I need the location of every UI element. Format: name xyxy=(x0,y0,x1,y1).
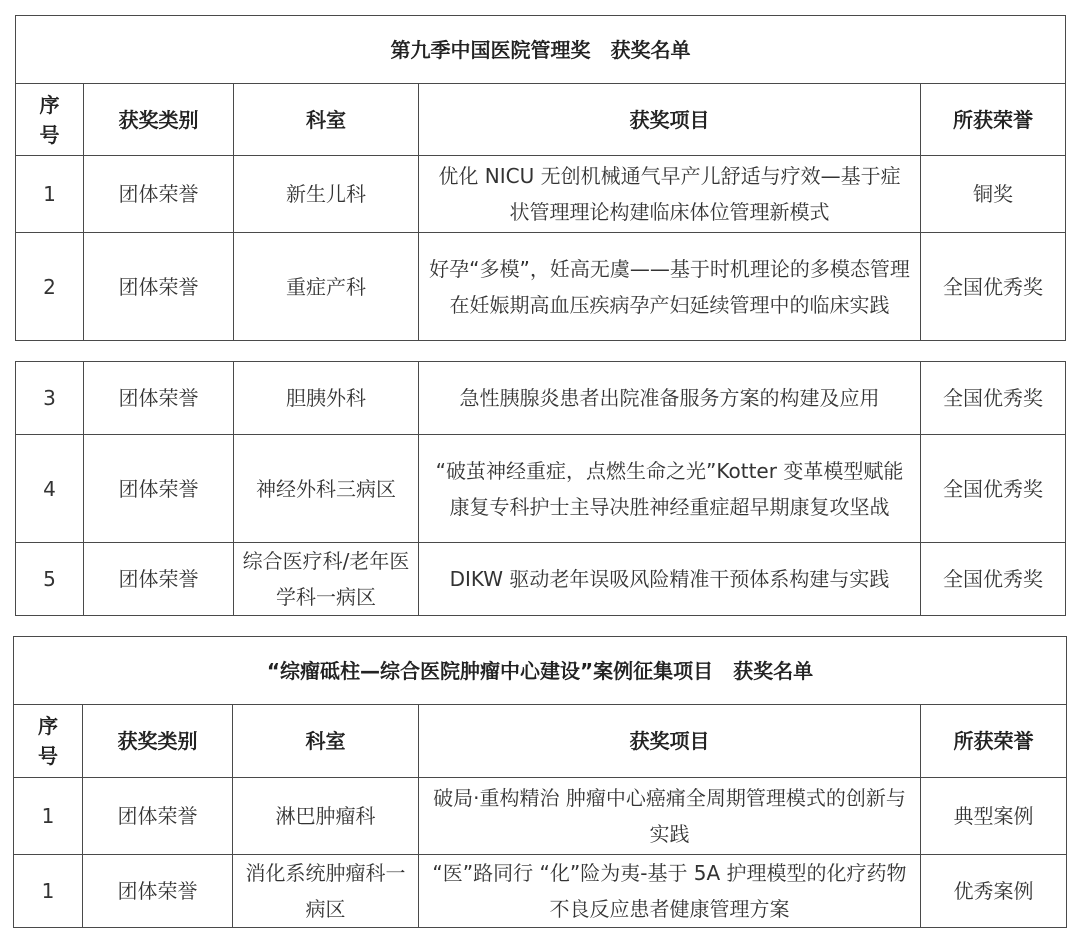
header-no: 序 号 xyxy=(16,84,84,156)
header-project: 获奖项目 xyxy=(419,84,921,156)
row-honor: 优秀案例 xyxy=(921,855,1067,928)
row-category: 团体荣誉 xyxy=(83,778,233,855)
header-row: 序 号 获奖类别 科室 获奖项目 所获荣誉 xyxy=(16,84,1066,156)
row-honor: 全国优秀奖 xyxy=(921,435,1066,543)
row-project: 好孕“多模”，妊高无虞——基于时机理论的多模态管理在妊娠期高血压疾病孕产妇延续管… xyxy=(419,233,921,341)
header-honor: 所获荣誉 xyxy=(921,84,1066,156)
row-department: 神经外科三病区 xyxy=(234,435,419,543)
header-category: 获奖类别 xyxy=(83,705,233,778)
header-honor: 所获荣誉 xyxy=(921,705,1067,778)
row-category: 团体荣誉 xyxy=(84,233,234,341)
header-no: 序 号 xyxy=(14,705,83,778)
header-category: 获奖类别 xyxy=(84,84,234,156)
row-no: 1 xyxy=(14,855,83,928)
table-title: 第九季中国医院管理奖 获奖名单 xyxy=(16,16,1066,84)
row-no: 1 xyxy=(14,778,83,855)
row-category: 团体荣誉 xyxy=(84,362,234,435)
row-category: 团体荣誉 xyxy=(84,435,234,543)
row-category: 团体荣誉 xyxy=(84,156,234,233)
row-department: 综合医疗科/老年医学科一病区 xyxy=(234,543,419,616)
table-row: 1 团体荣誉 新生儿科 优化 NICU 无创机械通气早产儿舒适与疗效—基于症状管… xyxy=(16,156,1066,233)
row-project: 急性胰腺炎患者出院准备服务方案的构建及应用 xyxy=(419,362,921,435)
table-row: 2 团体荣誉 重症产科 好孕“多模”，妊高无虞——基于时机理论的多模态管理在妊娠… xyxy=(16,233,1066,341)
row-category: 团体荣誉 xyxy=(84,543,234,616)
row-category: 团体荣誉 xyxy=(83,855,233,928)
row-no: 1 xyxy=(16,156,84,233)
row-honor: 全国优秀奖 xyxy=(921,543,1066,616)
award-table-hospital-management: 第九季中国医院管理奖 获奖名单 序 号 获奖类别 科室 获奖项目 所获荣誉 1 … xyxy=(15,15,1066,341)
table-row: 1 团体荣誉 消化系统肿瘤科一病区 “医”路同行 “化”险为夷-基于 5A 护理… xyxy=(14,855,1067,928)
row-project: DIKW 驱动老年误吸风险精准干预体系构建与实践 xyxy=(419,543,921,616)
row-department: 新生儿科 xyxy=(234,156,419,233)
row-department: 淋巴肿瘤科 xyxy=(233,778,419,855)
table-row: 1 团体荣誉 淋巴肿瘤科 破局·重构精治 肿瘤中心癌痛全周期管理模式的创新与实践… xyxy=(14,778,1067,855)
award-table-oncology-center: “综瘤砥柱—综合医院肿瘤中心建设”案例征集项目 获奖名单 序 号 获奖类别 科室… xyxy=(13,636,1067,928)
row-project: 破局·重构精治 肿瘤中心癌痛全周期管理模式的创新与实践 xyxy=(419,778,921,855)
row-project: 优化 NICU 无创机械通气早产儿舒适与疗效—基于症状管理理论构建临床体位管理新… xyxy=(419,156,921,233)
table-title: “综瘤砥柱—综合医院肿瘤中心建设”案例征集项目 获奖名单 xyxy=(14,637,1067,705)
row-department: 胆胰外科 xyxy=(234,362,419,435)
header-project: 获奖项目 xyxy=(419,705,921,778)
row-honor: 典型案例 xyxy=(921,778,1067,855)
row-no: 5 xyxy=(16,543,84,616)
table-row: 4 团体荣誉 神经外科三病区 “破茧神经重症，点燃生命之光”Kotter 变革模… xyxy=(16,435,1066,543)
row-no: 3 xyxy=(16,362,84,435)
table-row: 3 团体荣誉 胆胰外科 急性胰腺炎患者出院准备服务方案的构建及应用 全国优秀奖 xyxy=(16,362,1066,435)
row-honor: 全国优秀奖 xyxy=(921,233,1066,341)
row-honor: 铜奖 xyxy=(921,156,1066,233)
header-department: 科室 xyxy=(233,705,419,778)
row-honor: 全国优秀奖 xyxy=(921,362,1066,435)
header-department: 科室 xyxy=(234,84,419,156)
award-table-continued: 3 团体荣誉 胆胰外科 急性胰腺炎患者出院准备服务方案的构建及应用 全国优秀奖 … xyxy=(15,361,1066,616)
table-row: 5 团体荣誉 综合医疗科/老年医学科一病区 DIKW 驱动老年误吸风险精准干预体… xyxy=(16,543,1066,616)
row-no: 4 xyxy=(16,435,84,543)
row-project: “医”路同行 “化”险为夷-基于 5A 护理模型的化疗药物不良反应患者健康管理方… xyxy=(419,855,921,928)
row-no: 2 xyxy=(16,233,84,341)
row-department: 消化系统肿瘤科一病区 xyxy=(233,855,419,928)
header-row: 序 号 获奖类别 科室 获奖项目 所获荣誉 xyxy=(14,705,1067,778)
row-project: “破茧神经重症，点燃生命之光”Kotter 变革模型赋能 康复专科护士主导决胜神… xyxy=(419,435,921,543)
row-department: 重症产科 xyxy=(234,233,419,341)
